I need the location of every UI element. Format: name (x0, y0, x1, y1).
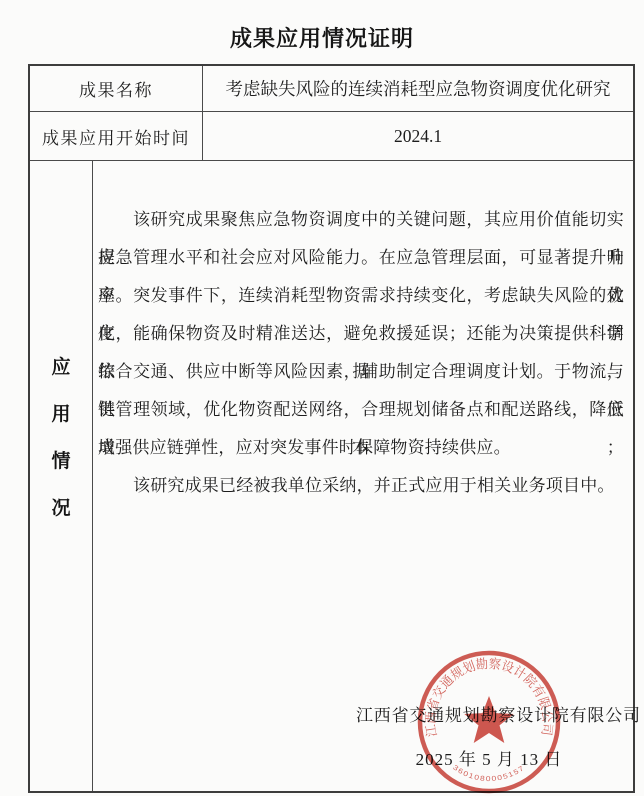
table-row: 应 用 情 况 该研究成果聚焦应急物资调度中的关键问题，其应用价值能切实提升 应… (30, 161, 633, 791)
table-row: 成果应用开始时间 2024.1 (30, 112, 633, 161)
label-char: 用 (51, 404, 70, 426)
body-line: 链管理领域，优化物资配送网络，合理规划储备点和配送路线，降低成本； (98, 391, 624, 429)
company-name: 江西省交通规划勘察设计院有限公司 (356, 701, 641, 726)
application-status-body: 该研究成果聚焦应急物资调度中的关键问题，其应用价值能切实提升 应急管理水平和社会… (93, 161, 633, 791)
label-char: 应 (51, 357, 70, 379)
result-name-label: 成果名称 (30, 66, 203, 111)
table-row: 成果名称 考虑缺失风险的连续消耗型应急物资调度优化研究 (30, 66, 633, 112)
label-char: 况 (51, 498, 70, 520)
signature-date: 2025 年 5 月 13 日 (416, 745, 563, 770)
body-line: 综合交通、供应中断等风险因素，辅助制定合理调度计划。于物流与供应 (98, 353, 624, 391)
label-char: 情 (51, 451, 70, 473)
application-status-label: 应 用 情 况 (30, 161, 93, 791)
body-line: 该研究成果聚焦应急物资调度中的关键问题，其应用价值能切实提升 (98, 201, 624, 239)
result-name-value: 考虑缺失风险的连续消耗型应急物资调度优化研究 (203, 66, 633, 111)
page-title: 成果应用情况证明 (0, 22, 644, 53)
body-line: 度，能确保物资及时精准送达，避免救援延误；还能为决策提供科学依据， (98, 315, 624, 353)
start-time-value: 2024.1 (203, 112, 633, 160)
body-line: 率。突发事件下，连续消耗型物资需求持续变化，考虑缺失风险的优化调 (98, 277, 624, 315)
certificate-page: 成果应用情况证明 成果名称 考虑缺失风险的连续消耗型应急物资调度优化研究 成果应… (0, 0, 644, 796)
start-time-label: 成果应用开始时间 (30, 112, 203, 160)
certificate-table: 成果名称 考虑缺失风险的连续消耗型应急物资调度优化研究 成果应用开始时间 202… (28, 64, 635, 793)
body-line: 该研究成果已经被我单位采纳，并正式应用于相关业务项目中。 (98, 467, 624, 505)
body-line: 应急管理水平和社会应对风险能力。在应急管理层面，可显著提升响应效 (98, 239, 624, 277)
